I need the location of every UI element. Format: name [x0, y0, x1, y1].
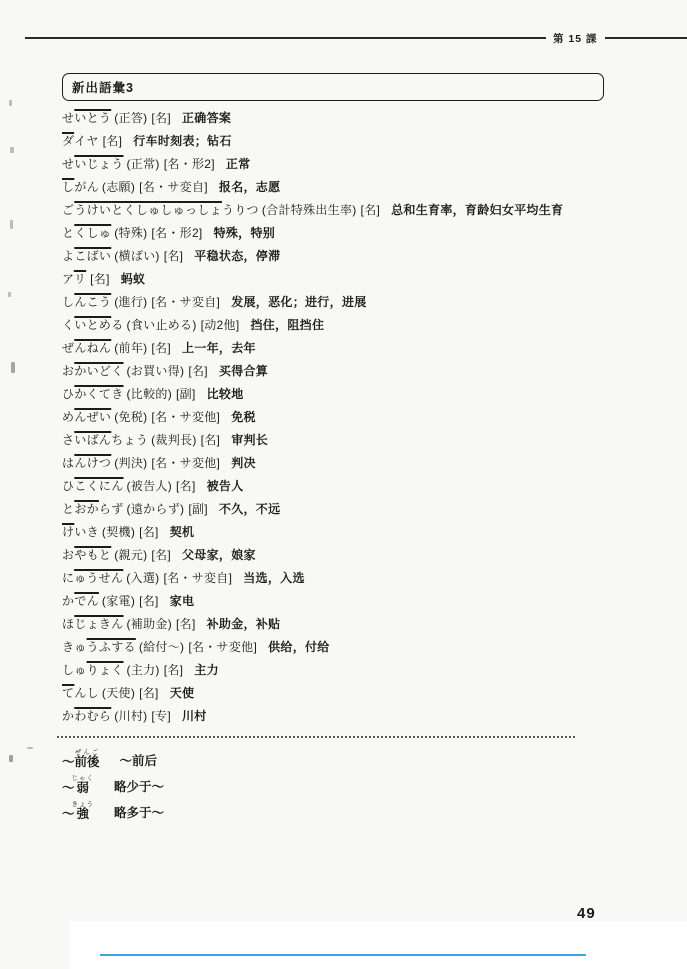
suffix-list: ～前後ぜんご～前后～弱じゃく略少于～～強きょう略多于～: [62, 744, 164, 822]
suffix-entry: ～前後ぜんご～前后: [62, 744, 164, 770]
suffix-meaning: 略少于～: [114, 777, 164, 796]
vocab-kanji: (志願): [102, 180, 135, 194]
suffix-word: ～前後ぜんご: [62, 749, 100, 770]
vocab-entry: ひこくにん(被告人)[名]被告人: [62, 475, 662, 498]
vocab-entry: しゅりょく(主力)[名]主力: [62, 659, 662, 682]
vocab-meaning: 不久，不远: [219, 502, 281, 516]
vocab-kana-reading: にゅうせん: [62, 571, 123, 585]
vocab-kanji: (契機): [102, 525, 135, 539]
vocab-pos-tag: [名・サ変自]: [139, 180, 208, 194]
vocab-kanji: (お買い得): [127, 364, 185, 378]
vocab-kana-reading: せいとう: [62, 111, 111, 125]
vocab-kanji: (正答): [114, 111, 147, 125]
vocab-pos-tag: [名]: [164, 663, 184, 677]
vocab-kana-reading: けいき: [62, 525, 99, 539]
vocab-entry: かわむら(川村)[专]川村: [62, 705, 662, 728]
vocab-pos-tag: [名]: [103, 134, 123, 148]
vocab-kanji: (入選): [126, 571, 159, 585]
vocab-kanji: (比較的): [127, 387, 173, 401]
vocab-entry: きゅうふする(給付～)[名・サ変他]供给，付给: [62, 636, 662, 659]
vocab-kana-reading: しんこう: [62, 295, 111, 309]
vocab-meaning: 免税: [231, 410, 256, 424]
vocab-meaning: 报名，志愿: [219, 180, 281, 194]
lesson-number-label: 第 15 課: [546, 31, 605, 46]
vocab-meaning: 判决: [231, 456, 256, 470]
vocab-entry: にゅうせん(入選)[名・サ変自]当选，入选: [62, 567, 662, 590]
suffix-entry: ～弱じゃく略少于～: [62, 770, 164, 796]
vocab-entry: さいばんちょう(裁判長)[名]审判长: [62, 429, 662, 452]
vocab-meaning: 比较地: [207, 387, 244, 401]
vocab-kana-reading: めんぜい: [62, 410, 111, 424]
vocab-pos-tag: [副]: [188, 502, 208, 516]
vocab-kana-reading: とおからず: [62, 502, 124, 516]
vocab-kana-reading: ダイヤ: [62, 134, 99, 148]
vocab-meaning: 行车时刻表；钻石: [133, 134, 231, 148]
vocab-kana-reading: ごうけいとくしゅしゅっしょうりつ: [62, 203, 259, 217]
vocab-kana-reading: とくしゅ: [62, 226, 111, 240]
vocab-entry: てんし(天使)[名]天使: [62, 682, 662, 705]
vocab-kana-reading: ほじょきん: [62, 617, 124, 631]
header-rule-right: [605, 37, 687, 39]
vocab-kana-reading: ひかくてき: [62, 387, 124, 401]
vocab-entry: とおからず(遠からず)[副]不久，不远: [62, 498, 662, 521]
header-rule-left: [25, 37, 546, 39]
vocab-meaning: 当选，入选: [243, 571, 305, 585]
vocab-meaning: 供给，付给: [268, 640, 330, 654]
vocab-kanji: (進行): [114, 295, 147, 309]
suffix-word: ～強きょう: [62, 801, 94, 822]
vocab-meaning: 被告人: [207, 479, 244, 493]
vocab-pos-tag: [名]: [90, 272, 110, 286]
vocab-kana-reading: かでん: [62, 594, 99, 608]
vocab-entry: めんぜい(免税)[名・サ変他]免税: [62, 406, 662, 429]
suffix-meaning: 略多于～: [114, 803, 164, 822]
vocab-meaning: 审判长: [231, 433, 268, 447]
vocab-entry: おかいどく(お買い得)[名]买得合算: [62, 360, 662, 383]
scan-noise-mark: [9, 100, 12, 106]
vocab-pos-tag: [名]: [139, 594, 159, 608]
vocab-pos-tag: [名・サ変自]: [163, 571, 232, 585]
scan-noise-mark: [10, 220, 13, 229]
vocab-pos-tag: [名]: [151, 341, 171, 355]
vocab-kana-reading: くいとめる: [62, 318, 124, 332]
vocab-meaning: 总和生育率，育龄妇女平均生育: [391, 203, 563, 217]
vocab-entry: おやもと(親元)[名]父母家，娘家: [62, 544, 662, 567]
vocab-kanji: (特殊): [114, 226, 147, 240]
vocab-kana-reading: ぜんねん: [62, 341, 111, 355]
vocab-pos-tag: [名・形2]: [164, 157, 215, 171]
vocab-pos-tag: [名]: [201, 433, 221, 447]
vocab-kana-reading: おやもと: [62, 548, 111, 562]
vocab-meaning: 平稳状态，停滞: [194, 249, 280, 263]
scanned-textbook-page: 第 15 課 新出語彙3 せいとう(正答)[名]正确答案ダイヤ[名]行车时刻表；…: [0, 0, 687, 969]
vocab-pos-tag: [名・形2]: [151, 226, 202, 240]
vocab-entry: とくしゅ(特殊)[名・形2]特殊，特别: [62, 222, 662, 245]
vocab-kanji: (裁判長): [151, 433, 197, 447]
vocab-kanji: (食い止める): [127, 318, 197, 332]
scan-noise-mark: [8, 292, 11, 297]
vocab-entry: はんけつ(判決)[名・サ変他]判决: [62, 452, 662, 475]
suffix-word: ～弱じゃく: [62, 775, 94, 796]
vocab-pos-tag: [名・サ変他]: [151, 456, 220, 470]
vocab-kanji: (親元): [114, 548, 147, 562]
vocab-pos-tag: [名・サ変他]: [188, 640, 257, 654]
viewer-white-area: [70, 921, 687, 969]
progress-line: [100, 954, 586, 956]
vocab-kanji: (免税): [114, 410, 147, 424]
vocab-kanji: (前年): [114, 341, 147, 355]
vocab-entry: せいじょう(正常)[名・形2]正常: [62, 153, 662, 176]
vocab-kana-reading: きゅうふする: [62, 640, 136, 654]
suffix-meaning: ～前后: [120, 751, 158, 770]
vocab-pos-tag: [名]: [176, 479, 196, 493]
vocab-kanji: (被告人): [127, 479, 173, 493]
vocab-pos-tag: [副]: [176, 387, 196, 401]
scan-noise-mark: [11, 362, 15, 373]
vocab-meaning: 主力: [194, 663, 219, 677]
vocab-kana-reading: おかいどく: [62, 364, 124, 378]
vocab-kana-reading: せいじょう: [62, 157, 124, 171]
vocab-kanji: (補助金): [127, 617, 173, 631]
vocab-kanji: (給付～): [139, 640, 185, 654]
vocab-kana-reading: よこばい: [62, 249, 111, 263]
vocab-kanji: (家電): [102, 594, 135, 608]
vocab-entry: しがん(志願)[名・サ変自]报名，志愿: [62, 176, 662, 199]
vocab-kana-reading: しがん: [62, 180, 99, 194]
vocab-kana-reading: アリ: [62, 272, 86, 286]
vocab-kanji: (横ばい): [114, 249, 160, 263]
vocab-list: せいとう(正答)[名]正确答案ダイヤ[名]行车时刻表；钻石せいじょう(正常)[名…: [62, 107, 662, 728]
vocab-kana-reading: ひこくにん: [62, 479, 124, 493]
vocab-meaning: 正确答案: [182, 111, 231, 125]
vocab-meaning: 父母家，娘家: [182, 548, 256, 562]
vocab-pos-tag: [名]: [151, 548, 171, 562]
dotted-separator: [57, 736, 575, 738]
vocab-kana-reading: はんけつ: [62, 456, 111, 470]
vocab-pos-tag: [名]: [176, 617, 196, 631]
vocab-kana-reading: てんし: [62, 686, 99, 700]
vocab-kana-reading: しゅりょく: [62, 663, 124, 677]
vocab-entry: ダイヤ[名]行车时刻表；钻石: [62, 130, 662, 153]
vocab-entry: ごうけいとくしゅしゅっしょうりつ(合計特殊出生率)[名]总和生育率，育龄妇女平均…: [62, 199, 662, 222]
vocab-meaning: 挡住，阻挡住: [250, 318, 324, 332]
vocab-kanji: (正常): [127, 157, 160, 171]
vocab-pos-tag: [名・サ変他]: [151, 410, 220, 424]
page-header: 第 15 課: [25, 31, 687, 45]
vocab-kanji: (天使): [102, 686, 135, 700]
vocab-pos-tag: [名・サ変自]: [151, 295, 220, 309]
vocab-entry: かでん(家電)[名]家电: [62, 590, 662, 613]
vocab-kanji: (川村): [114, 709, 147, 723]
vocab-meaning: 特殊，特别: [214, 226, 276, 240]
scan-noise-mark: [10, 147, 14, 153]
vocab-entry: ほじょきん(補助金)[名]补助金，补贴: [62, 613, 662, 636]
vocab-pos-tag: [名]: [139, 525, 159, 539]
vocab-meaning: 蚂蚁: [121, 272, 146, 286]
vocab-pos-tag: [动2他]: [201, 318, 240, 332]
vocab-kanji: (判決): [114, 456, 147, 470]
vocab-entry: アリ[名]蚂蚁: [62, 268, 662, 291]
vocab-meaning: 川村: [182, 709, 207, 723]
vocab-kanji: (遠からず): [127, 502, 185, 516]
vocab-entry: せいとう(正答)[名]正确答案: [62, 107, 662, 130]
vocab-pos-tag: [名]: [361, 203, 381, 217]
vocab-pos-tag: [名]: [164, 249, 184, 263]
section-title: 新出語彙3: [63, 78, 134, 96]
vocab-kanji: (主力): [127, 663, 160, 677]
vocab-meaning: 买得合算: [219, 364, 268, 378]
vocab-pos-tag: [名]: [188, 364, 208, 378]
vocab-kana-reading: さいばんちょう: [62, 433, 148, 447]
vocab-pos-tag: [名]: [151, 111, 171, 125]
vocab-meaning: 上一年，去年: [182, 341, 256, 355]
vocab-meaning: 正常: [226, 157, 251, 171]
scan-noise-mark: [27, 747, 33, 749]
vocab-pos-tag: [名]: [139, 686, 159, 700]
vocab-meaning: 发展，恶化；进行，进展: [231, 295, 366, 309]
vocab-entry: ぜんねん(前年)[名]上一年，去年: [62, 337, 662, 360]
vocab-meaning: 补助金，补贴: [207, 617, 281, 631]
vocab-meaning: 天使: [170, 686, 195, 700]
suffix-entry: ～強きょう略多于～: [62, 796, 164, 822]
scan-noise-mark: [9, 755, 13, 762]
vocab-meaning: 家电: [170, 594, 195, 608]
vocab-pos-tag: [专]: [151, 709, 171, 723]
vocab-kanji: (合計特殊出生率): [262, 203, 357, 217]
vocab-entry: しんこう(進行)[名・サ変自]发展，恶化；进行，进展: [62, 291, 662, 314]
vocab-kana-reading: かわむら: [62, 709, 111, 723]
vocab-entry: くいとめる(食い止める)[动2他]挡住，阻挡住: [62, 314, 662, 337]
vocab-meaning: 契机: [170, 525, 195, 539]
vocab-entry: よこばい(横ばい)[名]平稳状态，停滞: [62, 245, 662, 268]
section-title-box: 新出語彙3: [62, 73, 604, 101]
vocab-entry: けいき(契機)[名]契机: [62, 521, 662, 544]
page-number: 49: [577, 905, 596, 922]
vocab-entry: ひかくてき(比較的)[副]比较地: [62, 383, 662, 406]
